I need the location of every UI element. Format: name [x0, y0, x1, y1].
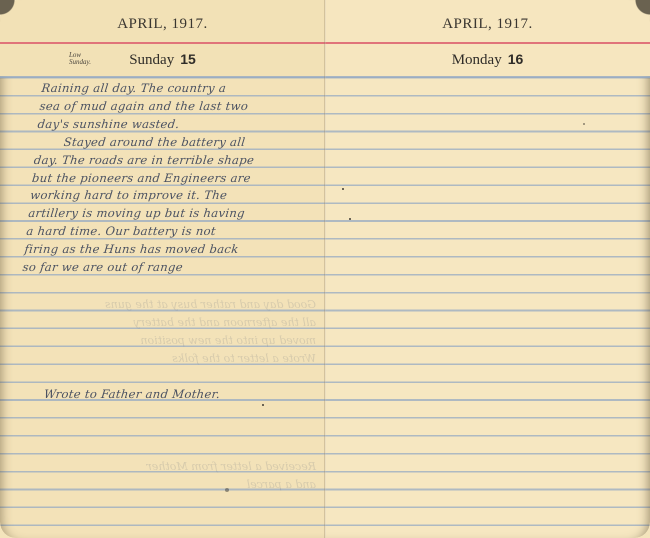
book-gutter — [324, 0, 326, 538]
diary-spread: APRIL, 1917. Low Sunday. Sunday15 Good d… — [0, 0, 650, 538]
entry-line: artillery is moving up but is having — [27, 205, 314, 223]
page-corner — [0, 0, 40, 30]
right-day-number: 16 — [508, 51, 524, 67]
left-weekday: Sunday — [129, 52, 174, 68]
entry-line: day. The roads are in terrible shape — [33, 152, 320, 170]
bleed-through-text: Received a letter from Mother — [36, 458, 316, 476]
ink-speck — [349, 218, 351, 220]
right-month-header: APRIL, 1917. — [325, 16, 650, 33]
right-first-rule — [325, 76, 650, 78]
right-weekday: Monday — [452, 52, 502, 68]
entry-line: so far we are out of range — [22, 259, 309, 277]
entry-line: sea of mud again and the last two — [39, 98, 326, 116]
right-red-rule — [325, 42, 650, 44]
ink-speck — [583, 123, 585, 125]
ink-speck — [225, 488, 229, 492]
left-day-number: 15 — [180, 51, 196, 67]
left-day-heading: Sunday15 — [0, 51, 325, 69]
left-red-rule — [0, 42, 325, 44]
bleed-through-text: Good day and rather busy at the guns — [36, 296, 316, 314]
bleed-through-text: moved up into the new position — [36, 332, 316, 350]
postscript-note: Wrote to Father and Mother. — [43, 387, 221, 401]
right-page: APRIL, 1917. Monday16 — [325, 0, 650, 538]
entry-line: Raining all day. The country a — [40, 80, 327, 98]
entry-line: Stayed around the battery all — [35, 134, 322, 152]
entry-line: but the pioneers and Engineers are — [31, 170, 318, 188]
entry-line: a hard time. Our battery is not — [25, 223, 312, 241]
ink-speck — [262, 404, 264, 406]
entry-line: firing as the Huns has moved back — [24, 241, 311, 259]
diary-entry-sunday: Raining all day. The country a sea of mu… — [22, 80, 328, 277]
bleed-through-text: all the afternoon and the battery — [36, 314, 316, 332]
right-day-heading: Monday16 — [325, 51, 650, 69]
ink-speck — [342, 188, 344, 190]
bleed-through-text: Wrote a letter to the folks — [36, 350, 316, 368]
left-month-header: APRIL, 1917. — [0, 16, 325, 33]
left-first-rule — [0, 76, 325, 78]
page-corner — [610, 0, 650, 30]
left-page: APRIL, 1917. Low Sunday. Sunday15 Good d… — [0, 0, 325, 538]
entry-line: working hard to improve it. The — [29, 187, 316, 205]
entry-line: day's sunshine wasted. — [37, 116, 324, 134]
bleed-through-text: and a parcel — [36, 476, 316, 494]
